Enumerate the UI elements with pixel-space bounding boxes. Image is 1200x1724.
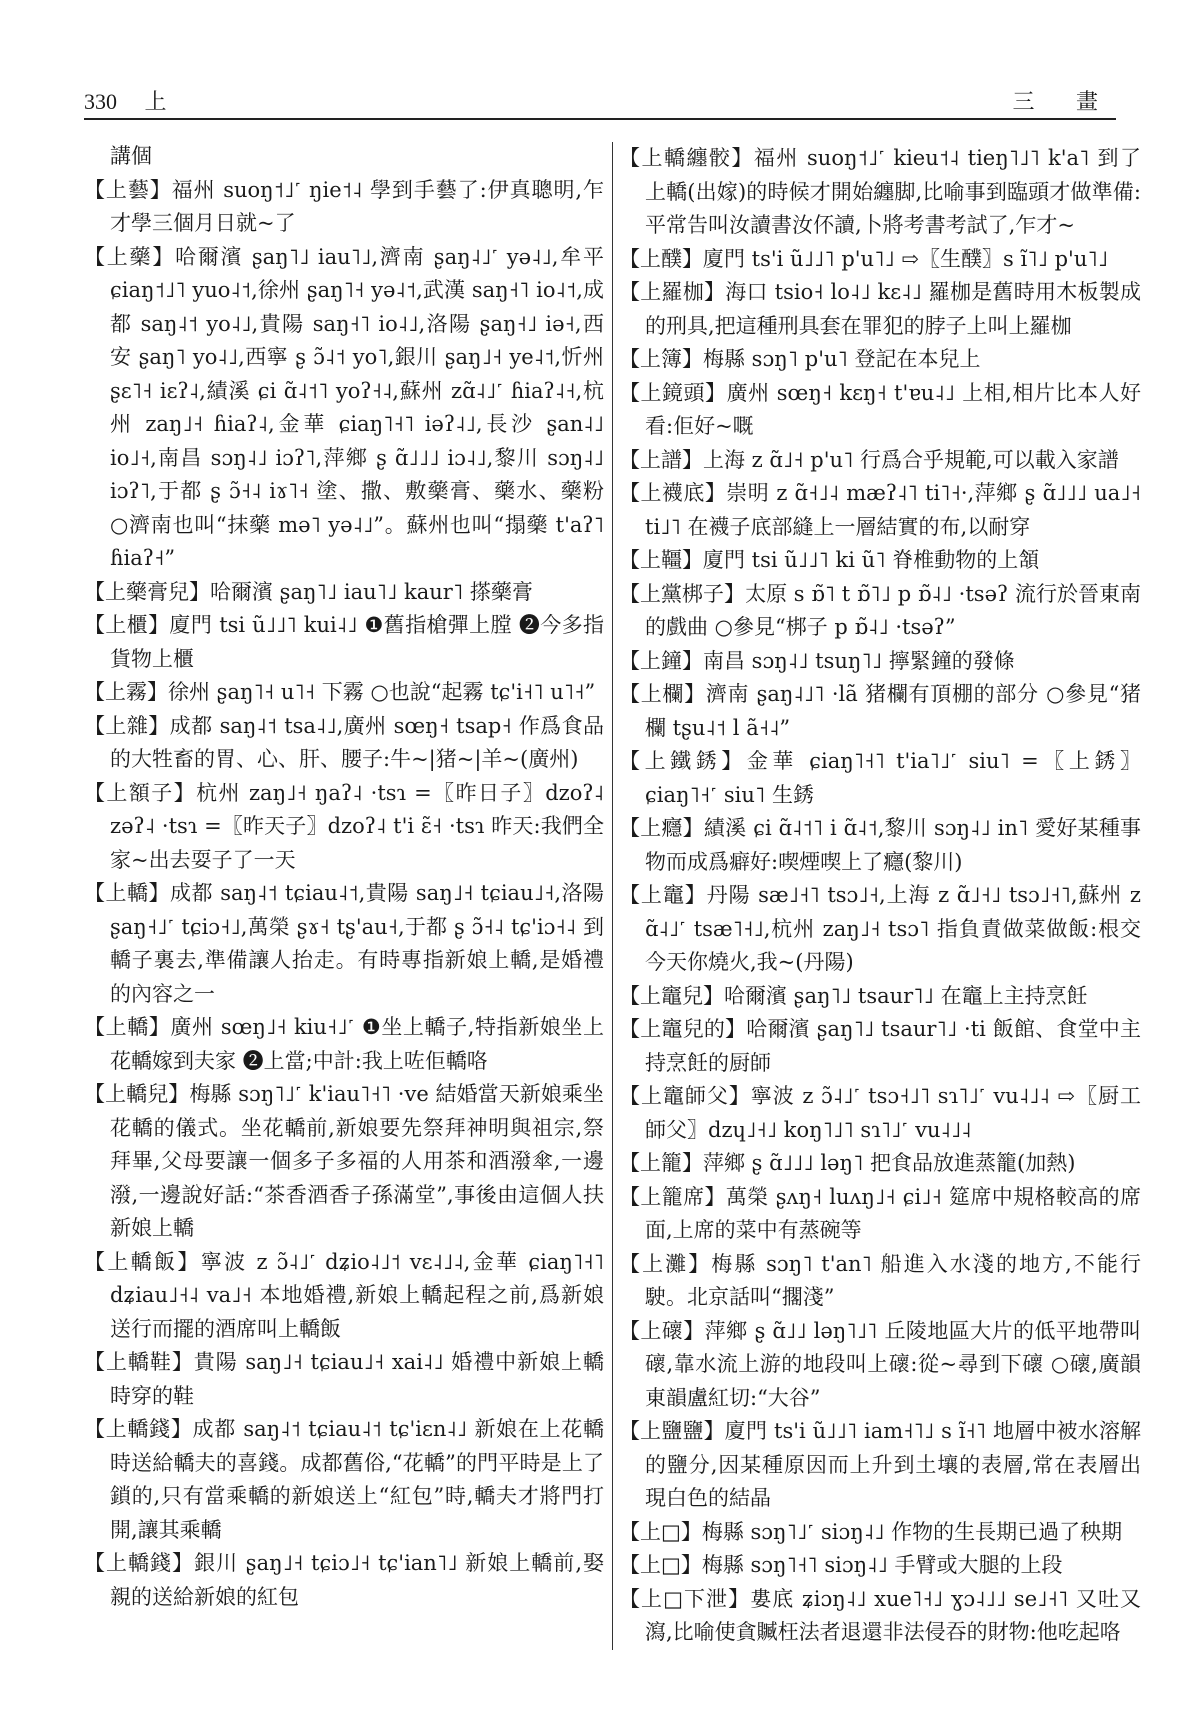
headword: 【上灘】 [619, 1252, 711, 1276]
dictionary-entry: 【上籠】萍鄉 ʂ ɑ̃˩˩˩ ləŋ˥ 把食品放進蒸籠(加熱) [619, 1147, 1141, 1181]
headword: 【上鏡頭】 [619, 381, 727, 405]
entry-continuation: 講個 [84, 140, 604, 174]
dictionary-entry: 【上䃶】萍鄉 ʂ ɑ̃˩˩ ləŋ˥˩˥ 丘陵地區大片的低平地帶叫䃶,靠水流上游… [619, 1315, 1141, 1416]
headword: 【上□下泄】 [619, 1587, 750, 1611]
dictionary-entry: 【上譜】上海 z ɑ̃˩˧ p'u˥ 行爲合乎規範,可以載入家譜 [619, 444, 1141, 478]
headword: 【上轎兒】 [84, 1082, 189, 1106]
entry-body: 丹陽 sæ˩˧˥ tsɔ˩˧,上海 z ɑ̃˩˧˩ tsɔ˩˧˥,蘇州 z ɑ̃… [645, 883, 1141, 974]
page-number: 330 [84, 89, 117, 114]
header-rule [84, 118, 1116, 120]
left-column: 講個 【上藝】福州 suoŋ˦˩˹ ŋie˦˨ 學到手藝了:伊真聰明,乍才學三個… [84, 140, 604, 1614]
headword: 【上襪底】 [619, 481, 726, 505]
headword: 【上譜】 [619, 448, 703, 472]
dictionary-entry: 【上□】梅縣 sɔŋ˥˧˥ siɔŋ˨˩ 手臂或大腿的上段 [619, 1549, 1141, 1583]
entry-body: 哈爾濱 ʂaŋ˥˩ iau˥˩,濟南 ʂaŋ˨˩˹ yə˨˩,牟平 ɕiaŋ˦˩… [110, 245, 604, 571]
head-character: 上 [145, 89, 167, 114]
entry-body: 南昌 sɔŋ˨˩ tsuŋ˥˩ 擰緊鐘的發條 [703, 649, 1015, 673]
headword: 【上藝】 [84, 178, 172, 202]
dictionary-entry: 【上竈兒的】哈爾濱 ʂaŋ˥˩ tsaur˥˩ ·ti 飯館、食堂中主持烹飪的厨… [619, 1013, 1141, 1080]
dictionary-entry: 【上藝】福州 suoŋ˦˩˹ ŋie˦˨ 學到手藝了:伊真聰明,乍才學三個月日就… [84, 174, 604, 241]
dictionary-entry: 【上韁】廈門 tsi ũ˩˩˥ ki ũ˥ 脊椎動物的上頷 [619, 544, 1141, 578]
entry-body: 福州 suoŋ˦˩˹ ŋie˦˨ 學到手藝了:伊真聰明,乍才學三個月日就~了 [110, 178, 604, 236]
section-title: 三 畫 [1012, 85, 1116, 116]
dictionary-entry: 【上灘】梅縣 sɔŋ˥ t'an˥ 船進入水淺的地方,不能行駛。北京話叫“擱淺” [619, 1248, 1141, 1315]
headword: 【上竈】 [619, 883, 707, 907]
headword: 【上黨梆子】 [619, 582, 745, 606]
headword: 【上竈師父】 [619, 1084, 751, 1108]
headword: 【上轎錢】 [84, 1417, 193, 1441]
headword: 【上額子】 [84, 781, 196, 805]
dictionary-entry: 【上轎纏骹】福州 suoŋ˦˩˹ kieu˦˨ tieŋ˥˩˥ k'a˥ 到了上… [619, 142, 1141, 243]
dictionary-entry: 【上襪底】崇明 z ɑ̃˧˩˨ mæʔ˨˥ ti˥˧·,萍鄉 ʂ ɑ̃˩˩˩ u… [619, 477, 1141, 544]
headword: 【上藥】 [84, 245, 175, 269]
headword: 【上櫃】 [84, 613, 169, 637]
right-column: 【上轎纏骹】福州 suoŋ˦˩˹ kieu˦˨ tieŋ˥˩˥ k'a˥ 到了上… [612, 142, 1141, 1650]
dictionary-entry: 【上額子】杭州 zaŋ˩˧ ŋaʔ˨ ·tsɿ =〖昨日子〗dzoʔ˨ zəʔ˨… [84, 777, 604, 878]
entry-body: 梅縣 sɔŋ˥˧˥ siɔŋ˨˩ 手臂或大腿的上段 [702, 1553, 1063, 1577]
entry-body: 廈門 tsi ũ˩˩˥ kui˨˩ ❶舊指槍彈上膛 ❷今多指貨物上櫃 [110, 613, 604, 671]
dictionary-entry: 【上欄】濟南 ʂaŋ˨˩˥ ·lã 猪欄有頂棚的部分 ○參見“猪欄 tʂu˨˦ … [619, 678, 1141, 745]
dictionary-entry: 【上醭】廈門 ts'i ũ˩˩˥ p'u˥˩ ⇨〖生醭〗s ĩ˥˩ p'u˥˩ [619, 243, 1141, 277]
headword: 【上□】 [619, 1553, 702, 1577]
entry-body: 梅縣 sɔŋ˥˩˹ siɔŋ˨˩ 作物的生長期已過了秧期 [702, 1520, 1122, 1544]
headword: 【上簿】 [619, 347, 703, 371]
dictionary-entry: 【上□下泄】婁底 ʑiɔŋ˨˩ xue˥˧˩ ɣɔ˨˩˩ se˩˧˥ 又吐又瀉,… [619, 1583, 1141, 1650]
dictionary-entry: 【上鏡頭】廣州 sœŋ˧ kɛŋ˧ t'ɐu˨˩ 上相,相片比本人好看:佢好~嘅 [619, 377, 1141, 444]
headword: 【上轎纏骹】 [619, 146, 754, 170]
dictionary-entry: 【上櫃】廈門 tsi ũ˩˩˥ kui˨˩ ❶舊指槍彈上膛 ❷今多指貨物上櫃 [84, 609, 604, 676]
dictionary-entry: 【上簿】梅縣 sɔŋ˥ p'u˥ 登記在本兒上 [619, 343, 1141, 377]
entry-body: 廈門 tsi ũ˩˩˥ ki ũ˥ 脊椎動物的上頷 [703, 548, 1039, 572]
entry-body: 萍鄉 ʂ ɑ̃˩˩ ləŋ˥˩˥ 丘陵地區大片的低平地帶叫䃶,靠水流上游的地段叫… [645, 1319, 1141, 1410]
headword: 【上癮】 [619, 816, 704, 840]
dictionary-entry: 【上雜】成都 saŋ˨˦ tsa˨˩,廣州 sœŋ˧ tsap˧ 作爲食品的大牲… [84, 710, 604, 777]
dictionary-entry: 【上霧】徐州 ʂaŋ˥˧ u˥˧ 下霧 ○也說“起霧 tɕ'i˧˥ u˥˧” [84, 676, 604, 710]
page-header: 330 上 三 畫 [84, 82, 1116, 116]
headword: 【上轎錢】 [84, 1551, 194, 1575]
headword: 【上鐵銹】 [619, 749, 747, 773]
dictionary-entry: 【上轎】成都 saŋ˨˦ tɕiau˨˦,貴陽 saŋ˩˧ tɕiau˩˧,洛陽… [84, 877, 604, 1011]
entry-body: 哈爾濱 ʂaŋ˥˩ iau˥˩ kaur˥ 搽藥膏 [210, 580, 533, 604]
entry-body: 萍鄉 ʂ ɑ̃˩˩˩ ləŋ˥ 把食品放進蒸籠(加熱) [703, 1151, 1075, 1175]
dictionary-entry: 【上轎鞋】貴陽 saŋ˩˧ tɕiau˩˧ xai˨˩ 婚禮中新娘上轎時穿的鞋 [84, 1346, 604, 1413]
dictionary-entry: 【上鐘】南昌 sɔŋ˨˩ tsuŋ˥˩ 擰緊鐘的發條 [619, 645, 1141, 679]
dictionary-entry: 【上轎飯】寧波 z ɔ̃˨˩˹ dʑio˨˩˦ vɛ˨˩˨,金華 ɕiaŋ˥˧˥… [84, 1246, 604, 1347]
dictionary-entry: 【上鐵銹】金華 ɕiaŋ˥˧˥ t'ia˥˩˹ siu˥ =〖上銹〗ɕiaŋ˥˧… [619, 745, 1141, 812]
entry-body: 徐州 ʂaŋ˥˧ u˥˧ 下霧 ○也說“起霧 tɕ'i˧˥ u˥˧” [168, 680, 595, 704]
dictionary-entry: 【上轎兒】梅縣 sɔŋ˥˩˹ k'iau˥˧˥ ·ve 結婚當天新娘乘坐花轎的儀… [84, 1078, 604, 1246]
dictionary-entry: 【上黨梆子】太原 s ɒ̃˥ t ɒ̃˥˩ p ɒ̃˨˩ ·tsəʔ 流行於晉東… [619, 578, 1141, 645]
dictionary-entry: 【上竈兒】哈爾濱 ʂaŋ˥˩ tsaur˥˩ 在竈上主持烹飪 [619, 980, 1141, 1014]
headword: 【上鐘】 [619, 649, 703, 673]
headword: 【上欄】 [619, 682, 706, 706]
headword: 【上雜】 [84, 714, 170, 738]
dictionary-entry: 【上癮】績溪 ɕi ɑ̃˨˦˥ i ɑ̃˨˦,黎川 sɔŋ˨˩ in˥ 愛好某種… [619, 812, 1141, 879]
headword: 【上霧】 [84, 680, 168, 704]
dictionary-entry: 【上竈】丹陽 sæ˩˧˥ tsɔ˩˧,上海 z ɑ̃˩˧˩ tsɔ˩˧˥,蘇州 … [619, 879, 1141, 980]
headword: 【上轎鞋】 [84, 1350, 194, 1374]
headword: 【上竈兒的】 [619, 1017, 746, 1041]
headword: 【上韁】 [619, 548, 703, 572]
dictionary-entry: 【上藥】哈爾濱 ʂaŋ˥˩ iau˥˩,濟南 ʂaŋ˨˩˹ yə˨˩,牟平 ɕi… [84, 241, 604, 576]
entry-body: 梅縣 sɔŋ˥ t'an˥ 船進入水淺的地方,不能行駛。北京話叫“擱淺” [645, 1252, 1141, 1310]
headword: 【上鹽鹽】 [619, 1419, 725, 1443]
headword: 【上醭】 [619, 247, 703, 271]
headword: 【上藥膏兒】 [84, 580, 210, 604]
entry-body: 廈門 ts'i ũ˩˩˥ p'u˥˩ ⇨〖生醭〗s ĩ˥˩ p'u˥˩ [703, 247, 1108, 271]
headword: 【上籠席】 [619, 1185, 726, 1209]
dictionary-entry: 【上鹽鹽】廈門 ts'i ũ˩˩˥ iam˧˥˩ s ĩ˧˥ 地層中被水溶解的鹽… [619, 1415, 1141, 1516]
entry-body: 績溪 ɕi ɑ̃˨˦˥ i ɑ̃˨˦,黎川 sɔŋ˨˩ in˥ 愛好某種事物而成… [645, 816, 1141, 874]
entry-body: 上海 z ɑ̃˩˧ p'u˥ 行爲合乎規範,可以載入家譜 [703, 448, 1119, 472]
entry-body: 成都 saŋ˨˦ tsa˨˩,廣州 sœŋ˧ tsap˧ 作爲食品的大牲畜的胃、… [110, 714, 604, 772]
headword: 【上籠】 [619, 1151, 703, 1175]
header-left: 330 上 [84, 85, 189, 116]
entry-body: 濟南 ʂaŋ˨˩˥ ·lã 猪欄有頂棚的部分 ○參見“猪欄 tʂu˨˦ l ã˧… [645, 682, 1141, 740]
entry-body: 梅縣 sɔŋ˥ p'u˥ 登記在本兒上 [703, 347, 981, 371]
headword: 【上䃶】 [619, 1319, 705, 1343]
headword: 【上□】 [619, 1520, 702, 1544]
dictionary-entry: 【上籠席】萬榮 ʂʌŋ˧ luʌŋ˩˧ ɕi˩˧ 筵席中規格較高的席面,上席的菜… [619, 1181, 1141, 1248]
entry-body: 廣州 sœŋ˩˧ kiu˧˩˹ ❶坐上轎子,特指新娘坐上花轎嫁到夫家 ❷上當;中… [110, 1015, 604, 1073]
entry-body: 成都 saŋ˨˦ tɕiau˨˦,貴陽 saŋ˩˧ tɕiau˩˧,洛陽 ʂaŋ… [110, 881, 604, 1006]
dictionary-entry: 【上轎錢】成都 saŋ˨˦ tɕiau˨˦ tɕ'iɛn˨˩ 新娘在上花轎時送給… [84, 1413, 604, 1547]
headword: 【上竈兒】 [619, 984, 724, 1008]
headword: 【上轎】 [84, 1015, 170, 1039]
dictionary-entry: 【上藥膏兒】哈爾濱 ʂaŋ˥˩ iau˥˩ kaur˥ 搽藥膏 [84, 576, 604, 610]
dictionary-entry: 【上□】梅縣 sɔŋ˥˩˹ siɔŋ˨˩ 作物的生長期已過了秧期 [619, 1516, 1141, 1550]
dictionary-entry: 【上轎】廣州 sœŋ˩˧ kiu˧˩˹ ❶坐上轎子,特指新娘坐上花轎嫁到夫家 ❷… [84, 1011, 604, 1078]
headword: 【上羅枷】 [619, 280, 725, 304]
headword: 【上轎飯】 [84, 1250, 201, 1274]
dictionary-entry: 【上轎錢】銀川 ʂaŋ˩˧ tɕiɔ˩˧ tɕ'ian˥˩ 新娘上轎前,娶親的送… [84, 1547, 604, 1614]
dictionary-entry: 【上竈師父】寧波 z ɔ̃˨˩˹ tsɔ˧˩˥ sɿ˥˩˹ vu˨˩˨ ⇨〖厨工… [619, 1080, 1141, 1147]
headword: 【上轎】 [84, 881, 170, 905]
dictionary-entry: 【上羅枷】海口 tsio˧ lo˨˩ kɛ˨˩ 羅枷是舊時用木板製成的刑具,把這… [619, 276, 1141, 343]
entry-body: 哈爾濱 ʂaŋ˥˩ tsaur˥˩ 在竈上主持烹飪 [724, 984, 1088, 1008]
